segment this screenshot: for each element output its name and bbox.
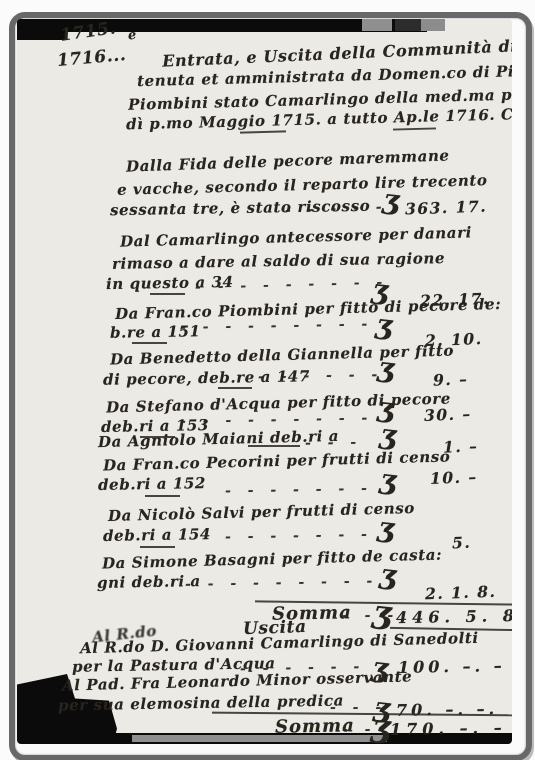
- entry-line: Da Nicolò Salvi per frutti di censo: [108, 499, 415, 525]
- underline-folio-147: [218, 387, 252, 389]
- brace-flourish: ʒ: [375, 314, 394, 336]
- brace-flourish: ʒ: [379, 564, 398, 586]
- leader-dashes: - - - - - - - - -: [185, 573, 379, 592]
- entry-amount: 5.: [452, 533, 472, 553]
- top-scan-band-block3: [421, 19, 445, 31]
- underline-folio-152: [145, 495, 180, 497]
- brace-flourish: ʒ: [377, 517, 396, 539]
- manuscript-page: 1715. e 1716... Entrata, e Uscita della …: [17, 19, 512, 744]
- leader-dashes: - - - - -: [285, 199, 388, 219]
- entry-line: deb.ri a 152: [98, 474, 206, 494]
- top-scan-band-block1: [362, 19, 392, 31]
- underline-folio-34: [150, 293, 185, 295]
- brace-flourish: ʒ: [379, 424, 398, 446]
- brace-flourish: ʒ: [372, 601, 393, 623]
- margin-year-bottom: 1716...: [56, 45, 127, 71]
- scanned-manuscript-screenshot: 1715. e 1716... Entrata, e Uscita della …: [0, 0, 535, 760]
- somma-amount: 446. 5. 8.: [396, 606, 512, 627]
- entry-amount: 10. –: [430, 467, 478, 488]
- entry-line: Dalla Fida delle pecore maremmane: [126, 146, 450, 175]
- leader-dashes: - - - - - - - - -: [180, 316, 374, 335]
- entry-line: e vacche, secondo il reparto lire trecen…: [117, 171, 488, 199]
- blank-folio-stroke: [248, 445, 300, 447]
- leader-dashes: - - - - - - -: [225, 527, 373, 546]
- brace-flourish: ʒ: [377, 357, 396, 379]
- entry-amount: 70. –. –.: [396, 699, 498, 720]
- top-scan-band-block2: [395, 19, 421, 31]
- leader-dashes: - - - - - - -: [225, 481, 373, 500]
- entry-amount: 2. 1. 8.: [425, 582, 497, 603]
- brace-flourish: ʒ: [379, 469, 398, 491]
- leader-dashes: - - - - - - - - -: [180, 410, 374, 429]
- entry-amount: 30. –: [424, 404, 472, 425]
- somma-amount: 170. –. –: [390, 718, 507, 739]
- underline-1715: [240, 130, 286, 133]
- leader-dashes: - - -: [305, 435, 362, 452]
- underline-folio-151: [132, 342, 167, 344]
- entry-line: rimaso a dare al saldo di sua ragione: [112, 249, 445, 273]
- underline-folio-154: [140, 546, 175, 548]
- entry-line: deb.ri a 154: [103, 525, 211, 545]
- entry-amount: 363. 17.: [405, 197, 488, 219]
- entry-line: Dal Camarlingo antecessore per danari: [120, 223, 472, 250]
- entry-amount: 9. –: [433, 369, 469, 389]
- entry-amount: 100. –. –: [398, 656, 506, 677]
- brace-flourish: ʒ: [377, 397, 396, 419]
- entry-line: Da Fran.co Pecorini per frutti di censo: [103, 447, 451, 474]
- leader-dashes: - - - - - -: [258, 367, 383, 385]
- brace-flourish: ʒ: [371, 715, 392, 737]
- brace-flourish: ʒ: [382, 189, 401, 211]
- top-scan-band-left: [17, 19, 65, 40]
- margin-year-conjunction: e: [127, 28, 137, 44]
- entry-line: Da Benedetto della Giannella per fitto: [110, 342, 454, 369]
- entry-line: per sua elemosina della predica: [58, 692, 344, 715]
- underline-1716: [393, 127, 436, 130]
